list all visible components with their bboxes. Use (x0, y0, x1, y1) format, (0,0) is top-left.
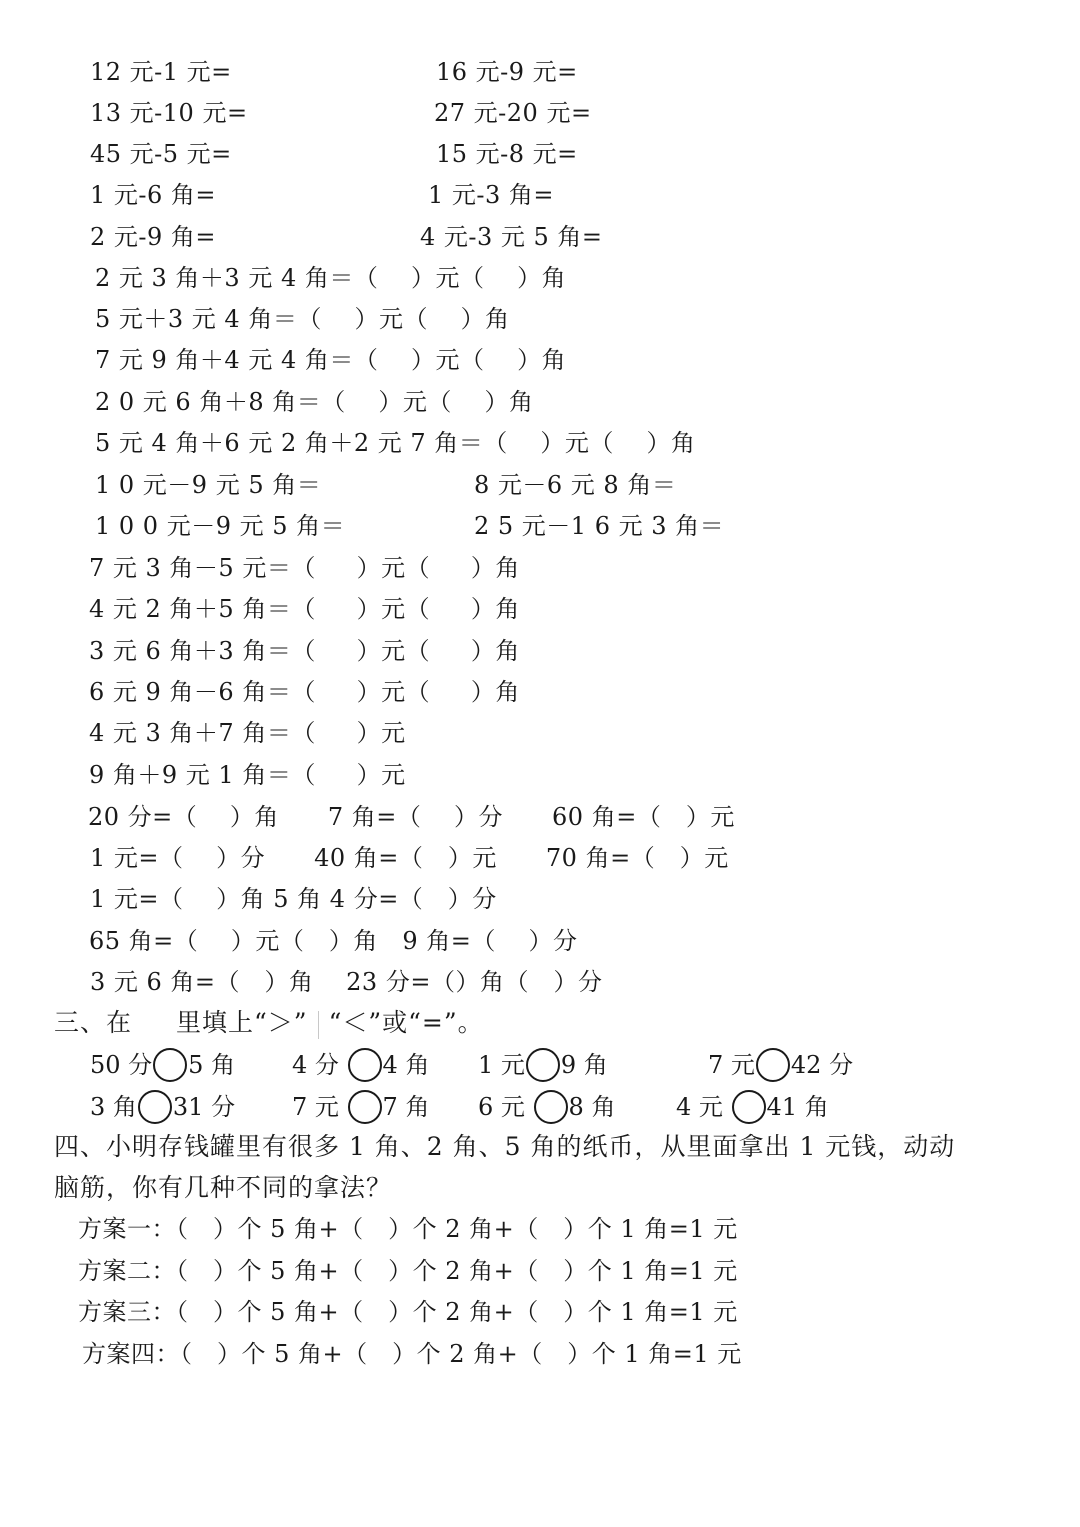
problem-text: 7 元 3 角－5 元＝（ ）元（ ）角 (89, 553, 520, 583)
problem-text: 1 元=（ ）分 40 角=（ ）元 70 角=（ ）元 (90, 843, 729, 873)
section-four-question: 四、小明存钱罐里有很多 1 角、2 角、5 角的纸币，从里面拿出 1 元钱，动动 (54, 1131, 955, 1163)
problem-text: 65 角=（ ）元（ ）角 9 角=（ ）分 (89, 926, 578, 956)
problem-text: 2 元 3 角＋3 元 4 角＝（ ）元（ ）角 (95, 263, 566, 293)
problem-text: 20 分=（ ）角 7 角=（ ）分 60 角=（ ）元 (88, 802, 735, 832)
compare-left: 3 角 (90, 1093, 137, 1121)
problem-text: 1 0 元－9 元 5 角＝ (95, 470, 321, 500)
plan-label: 方案一： (78, 1215, 176, 1243)
problem-text: 9 角＋9 元 1 角＝（ ）元 (89, 760, 406, 790)
problem-text: 6 元 9 角－6 角＝（ ）元（ ）角 (89, 677, 520, 707)
plan-row: 方案四：（ ）个 5 角+（ ）个 2 角+（ ）个 1 角=1 元 (82, 1339, 742, 1369)
plan-label: 方案三： (78, 1298, 176, 1326)
problem-text: 5 元＋3 元 4 角＝（ ）元（ ）角 (95, 304, 510, 334)
compare-right: 9 角 (561, 1051, 608, 1079)
compare-left: 1 元 (478, 1051, 525, 1079)
compare-circle[interactable] (348, 1048, 382, 1082)
compare-left: 4 元 (676, 1093, 723, 1121)
problem-text: 12 元-1 元= (90, 57, 232, 87)
compare-item: 7 元 7 角 (292, 1089, 429, 1125)
plan-body: （ ）个 5 角+（ ）个 2 角+（ ）个 1 角=1 元 (176, 1215, 738, 1243)
compare-circle[interactable] (348, 1090, 382, 1124)
problem-text: 3 元 6 角=（ ）角 23 分=（）角（ ）分 (90, 967, 602, 997)
compare-circle[interactable] (526, 1048, 560, 1082)
problem-text: 8 元－6 元 8 角＝ (474, 470, 676, 500)
problem-text: 1 0 0 元－9 元 5 角＝ (95, 511, 345, 541)
section-four-question-cont: 脑筋，你有几种不同的拿法？ (54, 1172, 392, 1204)
problem-text: 2 5 元－1 6 元 3 角＝ (474, 511, 724, 541)
divider (318, 1011, 319, 1039)
compare-item: 3 角31 分 (90, 1089, 235, 1125)
compare-right: 7 角 (383, 1093, 430, 1121)
title-mid: 里填上“＞” (176, 1008, 308, 1037)
problem-text: 1 元-6 角= (90, 180, 216, 210)
compare-item: 1 元9 角 (478, 1047, 608, 1083)
compare-left: 7 元 (292, 1093, 339, 1121)
compare-item: 4 元 41 角 (676, 1089, 829, 1125)
compare-left: 4 分 (292, 1051, 339, 1079)
compare-circle[interactable] (756, 1048, 790, 1082)
plan-label: 方案四： (82, 1340, 180, 1368)
problem-text: 2 元-9 角= (90, 222, 216, 252)
problem-text: 15 元-8 元= (436, 139, 578, 169)
problem-text: 3 元 6 角＋3 角＝（ ）元（ ）角 (89, 636, 520, 666)
compare-item: 4 分 4 角 (292, 1047, 429, 1083)
problem-text: 1 元-3 角= (428, 180, 554, 210)
problem-text: 1 元=（ ）角 5 角 4 分=（ ）分 (90, 884, 497, 914)
problem-text: 2 0 元 6 角＋8 角＝（ ）元（ ）角 (95, 387, 533, 417)
section-three-title: 三、在里填上“＞”“＜”或“=”。 (54, 1007, 484, 1039)
problem-text: 4 元-3 元 5 角= (420, 222, 603, 252)
compare-item: 6 元 8 角 (478, 1089, 615, 1125)
problem-text: 7 元 9 角＋4 元 4 角＝（ ）元（ ）角 (95, 345, 566, 375)
problem-text: 45 元-5 元= (90, 139, 232, 169)
compare-circle[interactable] (138, 1090, 172, 1124)
compare-item: 50 分5 角 (90, 1047, 235, 1083)
compare-left: 7 元 (708, 1051, 755, 1079)
title-suffix: “＜”或“=”。 (329, 1008, 484, 1037)
problem-text: 27 元-20 元= (434, 98, 592, 128)
problem-text: 13 元-10 元= (90, 98, 248, 128)
compare-circle[interactable] (732, 1090, 766, 1124)
compare-left: 50 分 (90, 1051, 152, 1079)
compare-item: 7 元42 分 (708, 1047, 853, 1083)
problem-text: 4 元 2 角＋5 角＝（ ）元（ ）角 (89, 594, 520, 624)
compare-right: 42 分 (791, 1051, 853, 1079)
problem-text: 4 元 3 角＋7 角＝（ ）元 (89, 718, 406, 748)
plan-label: 方案二： (78, 1257, 176, 1285)
compare-right: 8 角 (569, 1093, 616, 1121)
problem-text: 16 元-9 元= (436, 57, 578, 87)
problem-text: 5 元 4 角＋6 元 2 角＋2 元 7 角＝（ ）元（ ）角 (95, 428, 696, 458)
plan-body: （ ）个 5 角+（ ）个 2 角+（ ）个 1 角=1 元 (176, 1298, 738, 1326)
compare-circle[interactable] (534, 1090, 568, 1124)
plan-row: 方案二：（ ）个 5 角+（ ）个 2 角+（ ）个 1 角=1 元 (78, 1256, 738, 1286)
plan-row: 方案三：（ ）个 5 角+（ ）个 2 角+（ ）个 1 角=1 元 (78, 1297, 738, 1327)
plan-body: （ ）个 5 角+（ ）个 2 角+（ ）个 1 角=1 元 (176, 1257, 738, 1285)
title-prefix: 三、在 (54, 1008, 132, 1037)
compare-left: 6 元 (478, 1093, 525, 1121)
plan-row: 方案一：（ ）个 5 角+（ ）个 2 角+（ ）个 1 角=1 元 (78, 1214, 738, 1244)
compare-right: 4 角 (383, 1051, 430, 1079)
compare-circle[interactable] (153, 1048, 187, 1082)
compare-right: 31 分 (173, 1093, 235, 1121)
compare-right: 41 角 (767, 1093, 829, 1121)
plan-body: （ ）个 5 角+（ ）个 2 角+（ ）个 1 角=1 元 (180, 1340, 742, 1368)
compare-right: 5 角 (188, 1051, 235, 1079)
